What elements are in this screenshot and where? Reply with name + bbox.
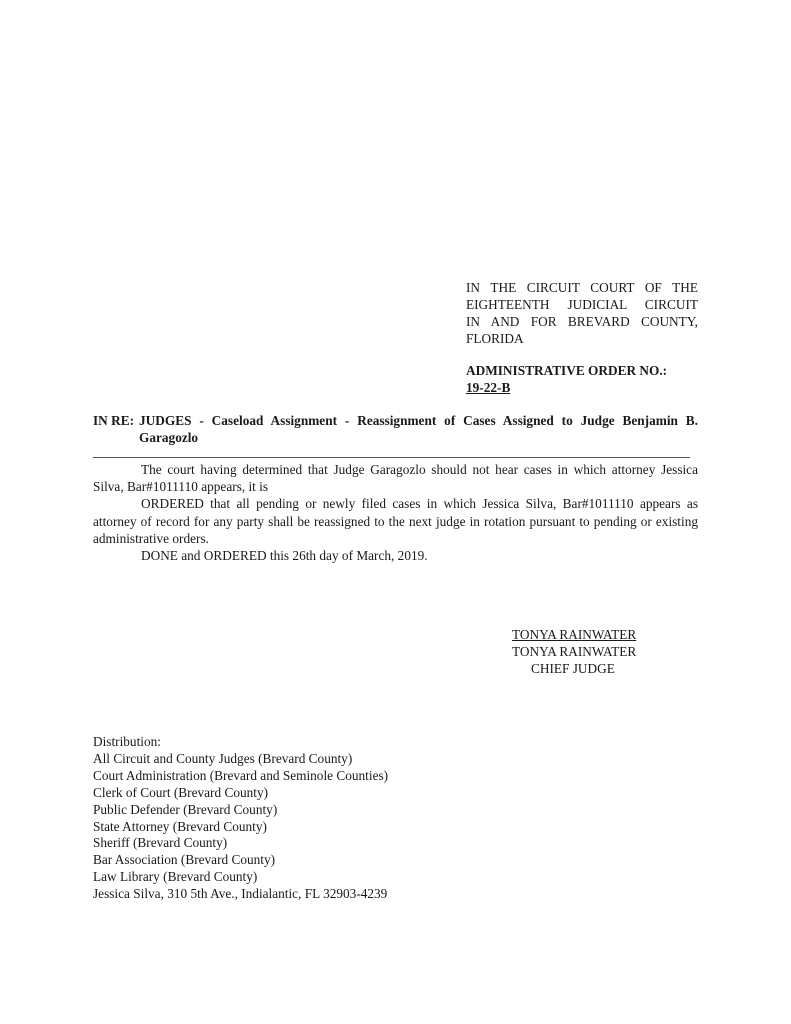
order-body: The court having determined that Judge G… — [93, 461, 698, 564]
body-paragraph: The court having determined that Judge G… — [93, 461, 698, 495]
body-paragraph: ORDERED that all pending or newly filed … — [93, 495, 698, 547]
signature-line: TONYA RAINWATER — [512, 626, 692, 643]
distribution-list: Distribution: All Circuit and County Jud… — [93, 734, 493, 903]
horizontal-rule — [93, 457, 690, 458]
caption-line: IN AND FOR BREVARD COUNTY, — [466, 313, 698, 330]
court-caption: IN THE CIRCUIT COURT OF THE EIGHTEENTH J… — [466, 279, 698, 347]
administrative-order-number: ADMINISTRATIVE ORDER NO.: 19-22-B — [466, 362, 706, 396]
in-re-heading: IN RE: JUDGES - Caseload Assignment - Re… — [93, 412, 698, 446]
signature-block: TONYA RAINWATER TONYA RAINWATER CHIEF JU… — [512, 626, 692, 677]
distribution-item: Law Library (Brevard County) — [93, 869, 493, 886]
distribution-item: All Circuit and County Judges (Brevard C… — [93, 751, 493, 768]
caption-line: EIGHTEENTH JUDICIAL CIRCUIT — [466, 296, 698, 313]
in-re-label: IN RE: — [93, 412, 139, 446]
distribution-item: Bar Association (Brevard County) — [93, 852, 493, 869]
caption-line: IN THE CIRCUIT COURT OF THE — [466, 279, 698, 296]
distribution-item: Clerk of Court (Brevard County) — [93, 785, 493, 802]
distribution-item: Court Administration (Brevard and Semino… — [93, 768, 493, 785]
caption-line: FLORIDA — [466, 330, 698, 347]
signer-title: CHIEF JUDGE — [512, 660, 692, 677]
distribution-item: Public Defender (Brevard County) — [93, 802, 493, 819]
order-number: 19-22-B — [466, 380, 510, 395]
body-paragraph: DONE and ORDERED this 26th day of March,… — [93, 547, 698, 564]
order-label: ADMINISTRATIVE ORDER NO.: — [466, 362, 706, 379]
distribution-heading: Distribution: — [93, 734, 493, 751]
distribution-item: State Attorney (Brevard County) — [93, 819, 493, 836]
in-re-subject: JUDGES - Caseload Assignment - Reassignm… — [139, 412, 698, 446]
signer-name: TONYA RAINWATER — [512, 643, 692, 660]
distribution-item: Sheriff (Brevard County) — [93, 835, 493, 852]
distribution-item: Jessica Silva, 310 5th Ave., Indialantic… — [93, 886, 493, 903]
